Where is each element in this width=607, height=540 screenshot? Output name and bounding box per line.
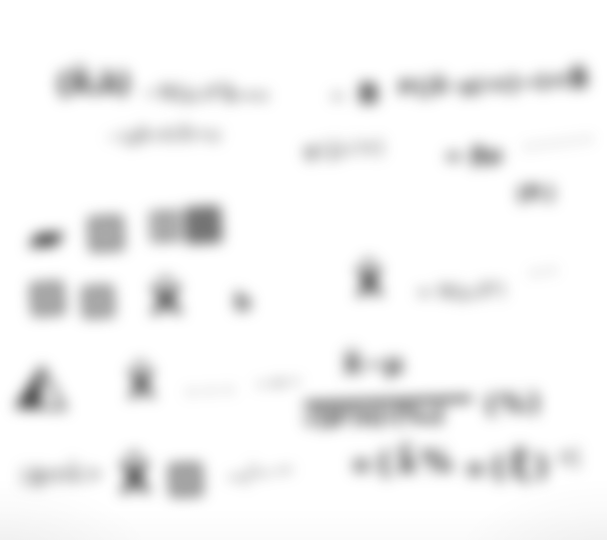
stroke-r7-term6: n| [558, 447, 581, 470]
stroke-heading-char3: ▥ [146, 203, 184, 243]
stroke-r1-term3: n→∞ [224, 85, 270, 105]
stroke-r7-term1: (ϕmk̂≻ [20, 463, 105, 489]
stroke-r3-term2: ≈ βμ [444, 144, 503, 169]
stroke-r5-xbar: X̄ [148, 281, 184, 320]
stroke-r7-term5: ∝(ξ̂) [464, 451, 554, 485]
stroke-r5-normal: ≈ N(μ,σ̂²) [416, 281, 505, 303]
stroke-r1-term7: <B̂ [548, 66, 589, 93]
stroke-r5-superscript: ∼∼ [528, 262, 561, 282]
stroke-r2-term1: ∼(gθ̂+θ,θ̂)≈μ [106, 126, 221, 147]
stroke-r3-term4: (P.) [516, 183, 555, 205]
stroke-r6-approx: ∼∽∼ [184, 381, 239, 402]
stroke-r6-xbar: X̄ [126, 365, 157, 404]
stroke-r1-term6: P{|X̄−μ|<ε}→1 [398, 71, 550, 98]
stroke-r5-char1: ▨ [26, 273, 69, 318]
stroke-heading-char4: ▩ [180, 197, 226, 245]
stroke-heading-char1: ▰ [26, 219, 66, 256]
handwriting-layer: (X̄₁λ) ∼N(μ,σ²) n→∞ ≃ B P{|X̄−μ|<ε}→1 <B… [0, 0, 607, 540]
stroke-r1-term2: ∼N(μ,σ²) [142, 81, 234, 104]
stroke-r3-term1: φ(μ̂√n) [303, 137, 386, 162]
stroke-r5-dot: b [234, 290, 251, 314]
stroke-heading-char2: ▧ [84, 208, 128, 254]
stroke-r7-term4: ∝(λ̂% [350, 446, 458, 481]
stroke-r7-term2: X̄ ▨ [118, 455, 206, 500]
stroke-r1-term4: ≃ [330, 88, 345, 106]
stroke-r5-xbar2: X̄ [354, 263, 385, 302]
stroke-r1-term5: B [358, 80, 379, 108]
stroke-r6-side-note: (%) [484, 389, 543, 419]
stroke-fraction-denominator: √(σ̂²/n)·(‰) [302, 404, 444, 432]
stroke-r6-infty: ∽∞∼ [254, 372, 303, 395]
notes-photo: (X̄₁λ) ∼N(μ,σ²) n→∞ ≃ B P{|X̄−μ|<ε}→1 <B… [0, 0, 607, 540]
stroke-r1-term1: (X̄₁λ) [56, 69, 129, 100]
stroke-r5-char2: ▧ [78, 278, 118, 320]
stroke-fraction-numerator: X̄−μ [342, 351, 404, 379]
stroke-r3-term3: ∼∼∼∼∼ [522, 131, 596, 155]
stroke-r7-term3: ∼⁄∼∽ [224, 456, 297, 491]
stroke-r6-triangle: ◭ [14, 352, 70, 412]
